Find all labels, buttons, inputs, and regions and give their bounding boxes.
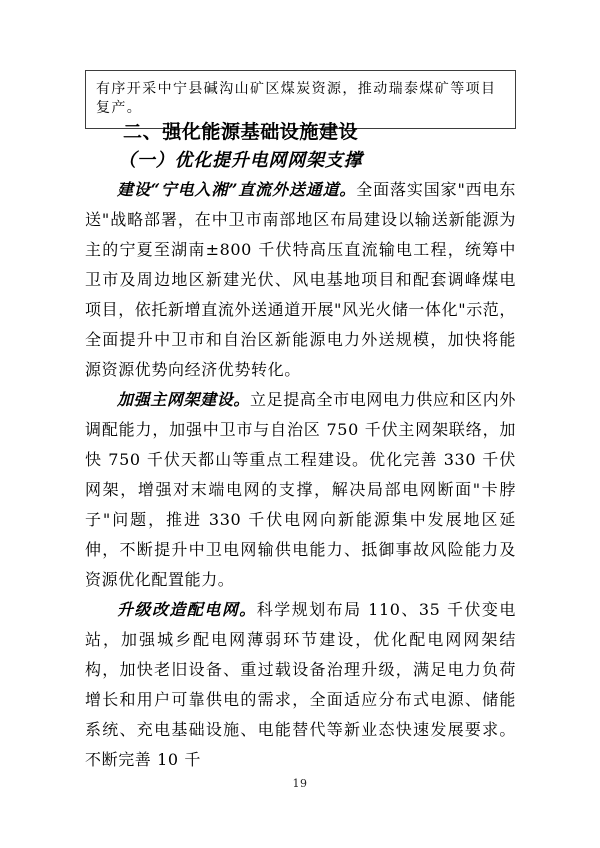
paragraph-distribution-grid: 升级改造配电网。科学规划布局 110、35 千伏变电站，加强城乡配电网薄弱环节建… (85, 595, 516, 775)
page-number: 19 (0, 777, 600, 790)
subsection-heading: （一）优化提升电网网架支撑 (118, 146, 362, 172)
paragraph-body: 科学规划布局 110、35 千伏变电站，加强城乡配电网薄弱环节建设，优化配电网网… (85, 600, 516, 769)
paragraph-body: 立足提高全市电网电力供应和区内外调配能力，加强中卫市与自治区 750 千伏主网架… (85, 390, 516, 589)
paragraph-main-grid: 加强主网架建设。立足提高全市电网电力供应和区内外调配能力，加强中卫市与自治区 7… (85, 385, 516, 595)
paragraph-lead: 加强主网架建设。 (117, 390, 250, 409)
section-heading: 二、强化能源基础设施建设 (123, 117, 358, 144)
document-page: 有序开采中宁县碱沟山矿区煤炭资源，推动瑞泰煤矿等项目复产。 二、强化能源基础设施… (0, 0, 600, 848)
paragraph-lead: 升级改造配电网。 (117, 600, 257, 619)
paragraph-body: 全面落实国家"西电东送"战略部署，在中卫市南部地区布局建设以输送新能源为主的宁夏… (85, 180, 516, 379)
carryover-text: 有序开采中宁县碱沟山矿区煤炭资源，推动瑞泰煤矿等项目复产。 (96, 81, 496, 116)
paragraph-ningdian-ruxiang: 建设“宁电入湘”直流外送通道。全面落实国家"西电东送"战略部署，在中卫市南部地区… (85, 175, 516, 385)
paragraph-lead: 建设“宁电入湘”直流外送通道。 (117, 180, 356, 199)
